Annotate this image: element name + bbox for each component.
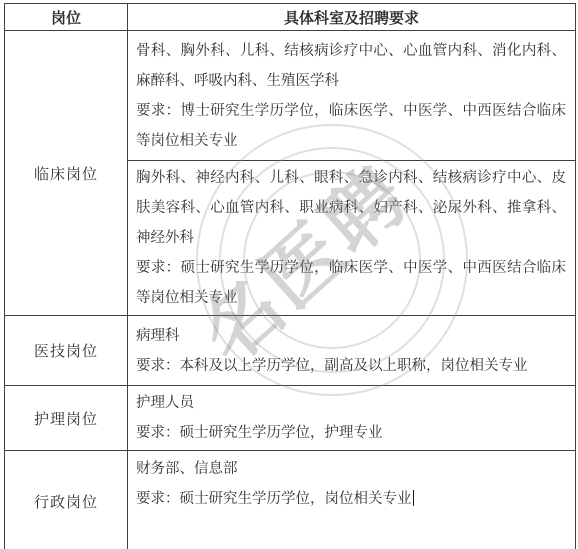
detail-cell-admin[interactable]: 财务部、信息部 要求：硕士研究生学历学位，岗位相关专业 bbox=[128, 451, 576, 549]
table-row-medtech: 医技岗位 病理科 要求：本科及以上学历学位，副高及以上职称，岗位相关专业 bbox=[5, 316, 576, 386]
departments-text[interactable]: 病理科 bbox=[136, 321, 566, 351]
requirements-text[interactable]: 要求：硕士研究生学历学位，岗位相关专业 bbox=[136, 484, 566, 514]
header-cell-details[interactable]: 具体科室及招聘要求 bbox=[128, 4, 576, 31]
document-page: 名医聘 岗位 具体科室及招聘要求 临床岗位 骨科、胸外科、儿科、结核病诊疗中心、… bbox=[0, 0, 578, 549]
position-cell-nursing[interactable]: 护理岗位 bbox=[5, 386, 128, 451]
requirements-text[interactable]: 要求：硕士研究生学历学位，临床医学、中医学、中西医结合临床等岗位相关专业 bbox=[136, 253, 566, 313]
detail-cell-nursing[interactable]: 护理人员 要求：硕士研究生学历学位，护理专业 bbox=[128, 386, 576, 451]
position-cell-admin[interactable]: 行政岗位 bbox=[5, 451, 128, 549]
departments-text[interactable]: 骨科、胸外科、儿科、结核病诊疗中心、心血管内科、消化内科、麻醉科、呼吸内科、生殖… bbox=[136, 36, 566, 96]
recruitment-table: 岗位 具体科室及招聘要求 临床岗位 骨科、胸外科、儿科、结核病诊疗中心、心血管内… bbox=[4, 3, 576, 549]
detail-cell-medtech[interactable]: 病理科 要求：本科及以上学历学位，副高及以上职称，岗位相关专业 bbox=[128, 316, 576, 386]
header-cell-position[interactable]: 岗位 bbox=[5, 4, 128, 31]
table-row-clinical-doctorate: 临床岗位 骨科、胸外科、儿科、结核病诊疗中心、心血管内科、消化内科、麻醉科、呼吸… bbox=[5, 31, 576, 161]
detail-cell-clinical-master[interactable]: 胸外科、神经内科、儿科、眼科、急诊内科、结核病诊疗中心、皮肤美容科、心血管内科、… bbox=[128, 161, 576, 316]
requirements-text[interactable]: 要求：本科及以上学历学位，副高及以上职称，岗位相关专业 bbox=[136, 351, 566, 381]
departments-text[interactable]: 财务部、信息部 bbox=[136, 454, 566, 484]
table-row-nursing: 护理岗位 护理人员 要求：硕士研究生学历学位，护理专业 bbox=[5, 386, 576, 451]
table-row-admin: 行政岗位 财务部、信息部 要求：硕士研究生学历学位，岗位相关专业 bbox=[5, 451, 576, 549]
position-cell-clinical[interactable]: 临床岗位 bbox=[5, 31, 128, 316]
requirements-text[interactable]: 要求：博士研究生学历学位，临床医学、中医学、中西医结合临床等岗位相关专业 bbox=[136, 96, 566, 156]
detail-cell-clinical-doctorate[interactable]: 骨科、胸外科、儿科、结核病诊疗中心、心血管内科、消化内科、麻醉科、呼吸内科、生殖… bbox=[128, 31, 576, 161]
table-header-row: 岗位 具体科室及招聘要求 bbox=[5, 4, 576, 31]
departments-text[interactable]: 胸外科、神经内科、儿科、眼科、急诊内科、结核病诊疗中心、皮肤美容科、心血管内科、… bbox=[136, 163, 566, 253]
position-cell-medtech[interactable]: 医技岗位 bbox=[5, 316, 128, 386]
departments-text[interactable]: 护理人员 bbox=[136, 388, 566, 418]
requirements-text-span[interactable]: 要求：硕士研究生学历学位，岗位相关专业 bbox=[136, 491, 412, 507]
requirements-text[interactable]: 要求：硕士研究生学历学位，护理专业 bbox=[136, 418, 566, 448]
text-cursor bbox=[413, 490, 415, 506]
